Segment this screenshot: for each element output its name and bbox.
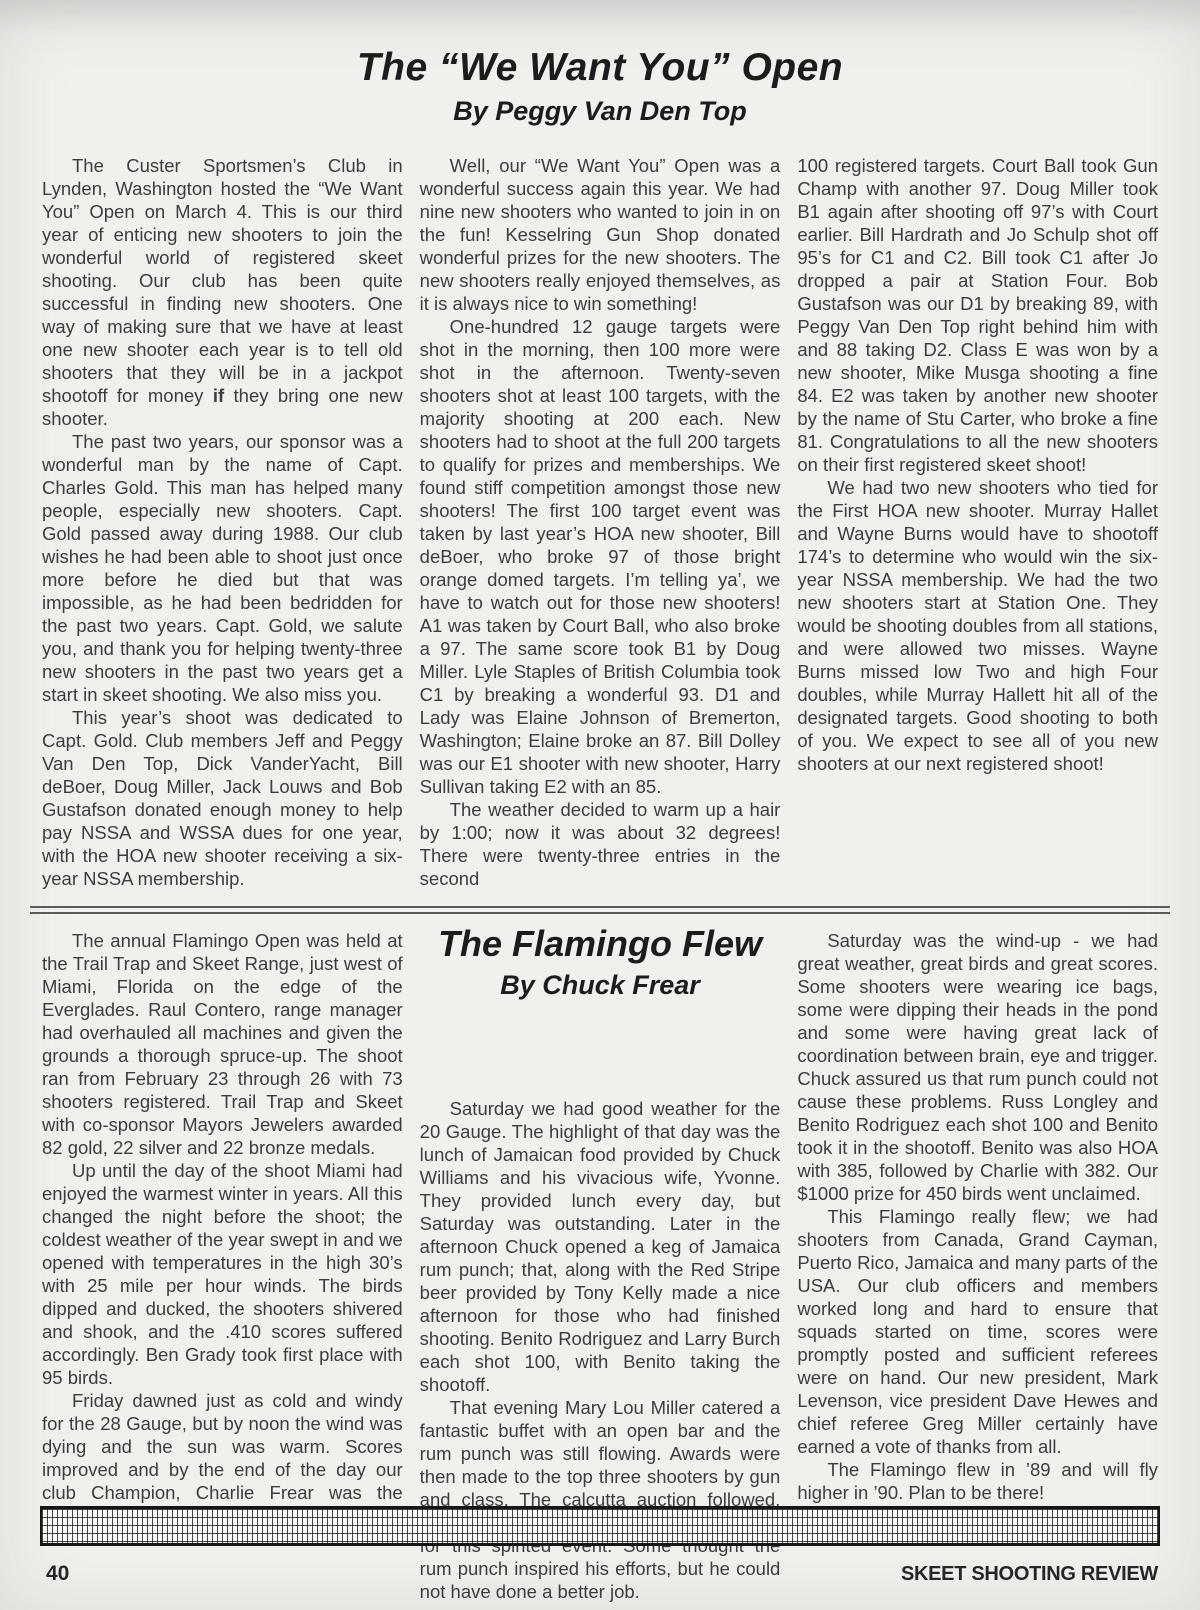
paragraph: The Flamingo flew in ’89 and will fly hi… (797, 1458, 1158, 1504)
page-number: 40 (46, 1562, 69, 1586)
article1-column-3: 100 registered targets. Court Ball took … (797, 154, 1158, 890)
article2-column-2: The Flamingo Flew By Chuck Frear Saturda… (420, 929, 781, 1603)
page-footer: 40 SKEET SHOOTING REVIEW (46, 1562, 1158, 1586)
paragraph: We had two new shooters who tied for the… (797, 476, 1158, 775)
magazine-name: SKEET SHOOTING REVIEW (901, 1563, 1158, 1586)
paragraph: Well, our “We Want You” Open was a wonde… (420, 154, 781, 315)
article1-byline: By Peggy Van Den Top (0, 95, 1200, 127)
article2-header: The Flamingo Flew By Chuck Frear (420, 923, 781, 1001)
article1-header: The “We Want You” Open By Peggy Van Den … (0, 0, 1200, 127)
decorative-hatch-bar (40, 1506, 1160, 1546)
spacer (420, 1025, 781, 1097)
emphasis-if: if (213, 385, 224, 406)
article2-column-3: Saturday was the wind-up - we had great … (797, 929, 1158, 1603)
paragraph: The annual Flamingo Open was held at the… (42, 929, 403, 1159)
paragraph: The Custer Sportsmen’s Club in Lynden, W… (42, 154, 403, 430)
paragraph: Up until the day of the shoot Miami had … (42, 1159, 403, 1389)
paragraph: This year’s shoot was dedicated to Capt.… (42, 706, 403, 890)
article2-column-1: The annual Flamingo Open was held at the… (42, 929, 403, 1603)
article1-columns: The Custer Sportsmen’s Club in Lynden, W… (0, 154, 1200, 890)
article2-byline: By Chuck Frear (420, 969, 781, 1001)
paragraph: The weather decided to warm up a hair by… (420, 798, 781, 890)
article1-title: The “We Want You” Open (0, 46, 1200, 91)
section-divider-rule (30, 906, 1170, 914)
article2-title: The Flamingo Flew (420, 923, 781, 964)
article1-column-1: The Custer Sportsmen’s Club in Lynden, W… (42, 154, 403, 890)
paragraph: Saturday we had good weather for the 20 … (420, 1097, 781, 1396)
paragraph: This Flamingo really flew; we had shoote… (797, 1205, 1158, 1458)
article2-columns: The annual Flamingo Open was held at the… (0, 929, 1200, 1603)
paragraph: The past two years, our sponsor was a wo… (42, 430, 403, 706)
paragraph: One-hundred 12 gauge targets were shot i… (420, 315, 781, 798)
article1-column-2: Well, our “We Want You” Open was a wonde… (420, 154, 781, 890)
paragraph-continuation: 100 registered targets. Court Ball took … (797, 154, 1158, 476)
paragraph: Saturday was the wind-up - we had great … (797, 929, 1158, 1205)
magazine-page: The “We Want You” Open By Peggy Van Den … (0, 0, 1200, 1610)
paragraph-text: The Custer Sportsmen’s Club in Lynden, W… (42, 155, 403, 406)
